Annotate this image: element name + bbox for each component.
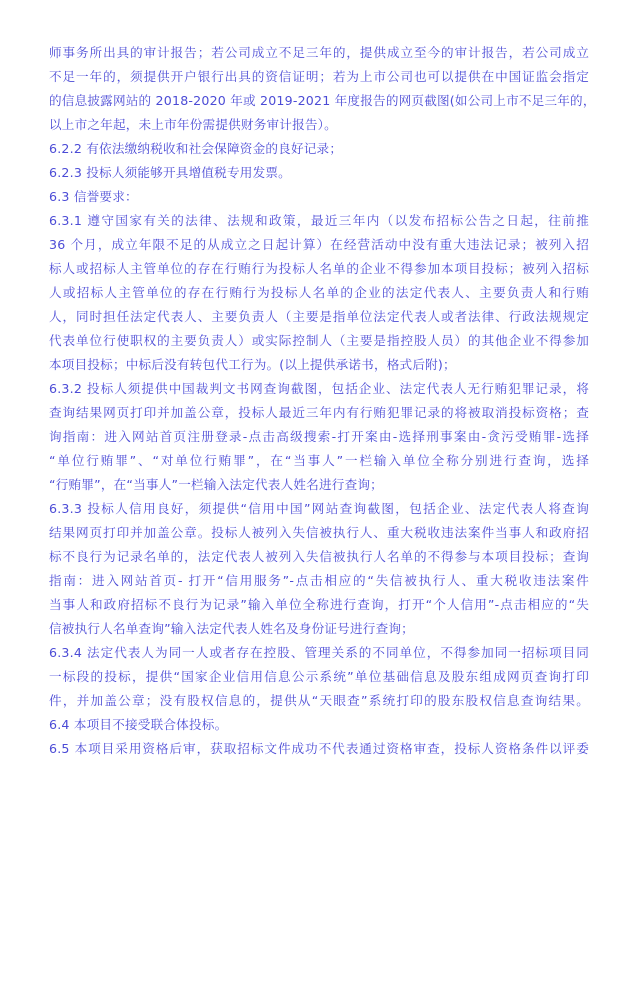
text-line: 本项目投标；中标后没有转包代工行为。(以上提供承诺书，格式后附)； <box>49 353 589 377</box>
section-heading-6-3: 6.3 信誉要求： <box>49 185 589 209</box>
text-line: “行贿罪”，在“当事人”一栏输入法定代表人姓名进行查询； <box>49 473 589 497</box>
text-line: 件，并加盖公章；没有股权信息的，提供从“天眼查”系统打印的股东股权信息查询结果。 <box>49 689 589 713</box>
text-line: “单位行贿罪”、“对单位行贿罪”，在“当事人”一栏输入单位全称分别进行查询，选择 <box>49 449 589 473</box>
section-heading-6-2-3: 6.2.3 投标人须能够开具增值税专用发票。 <box>49 161 589 185</box>
text-line: 标不良行为记录名单的，法定代表人被列入失信被执行人名单的不得参与本项目投标；查询 <box>49 545 589 569</box>
section-heading-6-3-1: 6.3.1 遵守国家有关的法律、法规和政策，最近三年内（以发布招标公告之日起，往… <box>49 209 589 233</box>
text-line: 结果网页打印并加盖公章。投标人被列入失信被执行人、重大税收违法案件当事人和政府招 <box>49 521 589 545</box>
text-line: 人，同时担任法定代表人、主要负责人（主要是指单位法定代表人或者法律、行政法规规定 <box>49 305 589 329</box>
text-line: 信被执行人名单查询”输入法定代表人姓名及身份证号进行查询； <box>49 617 589 641</box>
section-heading-6-3-2: 6.3.2 投标人须提供中国裁判文书网查询截图，包括企业、法定代表人无行贿犯罪记… <box>49 377 589 401</box>
text-line: 不足一年的，须提供开户银行出具的资信证明；若为上市公司也可以提供在中国证监会指定 <box>49 65 589 89</box>
text-line: 当事人和政府招标不良行为记录”输入单位全称进行查询，打开“个人信用”-点击相应的… <box>49 593 589 617</box>
text-line: 一标段的投标，提供“国家企业信用信息公示系统”单位基础信息及股东组成网页查询打印 <box>49 665 589 689</box>
text-line: 代表单位行使职权的主要负责人）或实际控制人（主要是指控股人员）的其他企业不得参加 <box>49 329 589 353</box>
text-line: 36 个月，成立年限不足的从成立之日起计算）在经营活动中没有重大违法记录；被列入… <box>49 233 589 257</box>
text-line: 的信息披露网站的 2018-2020 年或 2019-2021 年度报告的网页截… <box>49 89 589 113</box>
section-heading-6-4: 6.4 本项目不接受联合体投标。 <box>49 713 589 737</box>
section-heading-6-3-3: 6.3.3 投标人信用良好，须提供“信用中国”网站查询截图，包括企业、法定代表人… <box>49 497 589 521</box>
text-line: 师事务所出具的审计报告；若公司成立不足三年的，提供成立至今的审计报告，若公司成立 <box>49 41 589 65</box>
text-line: 指南：进入网站首页- 打开“信用服务”-点击相应的“失信被执行人、重大税收违法案… <box>49 569 589 593</box>
section-heading-6-3-4: 6.3.4 法定代表人为同一人或者存在控股、管理关系的不同单位，不得参加同一招标… <box>49 641 589 665</box>
document-page: 师事务所出具的审计报告；若公司成立不足三年的，提供成立至今的审计报告，若公司成立… <box>49 41 589 761</box>
text-line: 标人或招标人主管单位的存在行贿行为投标人名单的企业不得参加本项目投标；被列入招标 <box>49 257 589 281</box>
text-line: 以上市之年起，未上市年份需提供财务审计报告）。 <box>49 113 589 137</box>
text-line: 查询结果网页打印并加盖公章，投标人最近三年内有行贿犯罪记录的将被取消投标资格；查 <box>49 401 589 425</box>
text-line: 询指南：进入网站首页注册登录-点击高级搜索-打开案由-选择刑事案由-贪污受贿罪-… <box>49 425 589 449</box>
text-line: 人或招标人主管单位的存在行贿行为投标人名单的企业的法定代表人、主要负责人和行贿 <box>49 281 589 305</box>
section-heading-6-2-2: 6.2.2 有依法缴纳税收和社会保障资金的良好记录； <box>49 137 589 161</box>
section-heading-6-5: 6.5 本项目采用资格后审，获取招标文件成功不代表通过资格审查，投标人资格条件以… <box>49 737 589 761</box>
